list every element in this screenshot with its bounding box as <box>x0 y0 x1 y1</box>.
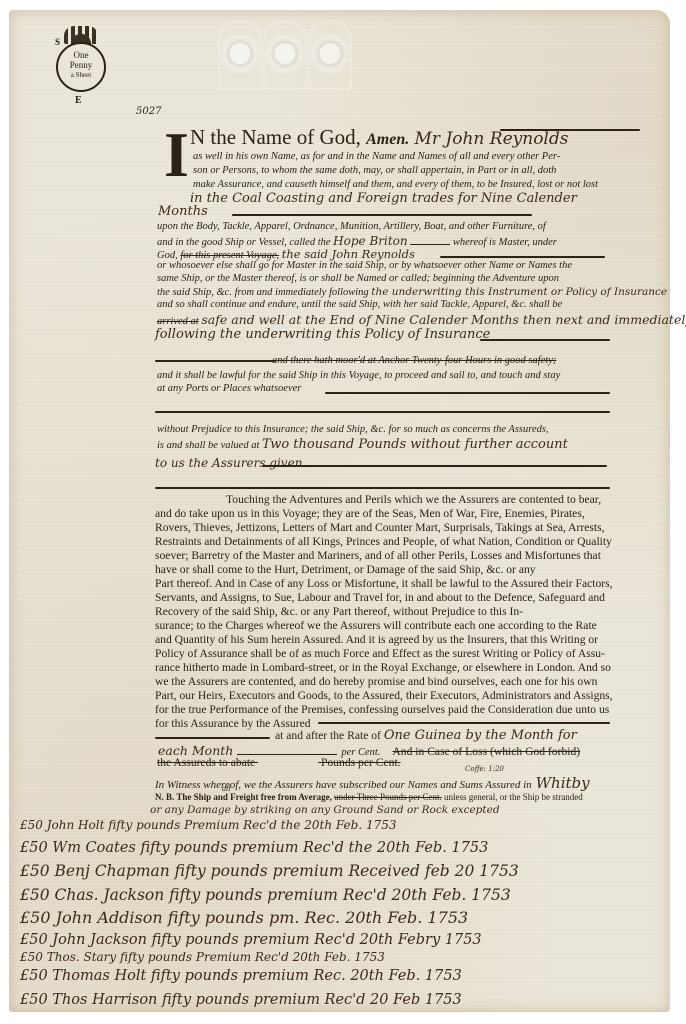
list-item: £50 Benj Chapman fifty pounds premium Re… <box>20 862 519 880</box>
embossed-duty-stamp <box>263 20 307 90</box>
struck-anchor-clause: and there hath moor'd at Anchor Twenty-f… <box>272 355 556 366</box>
ship-name: Hope Briton <box>333 234 407 248</box>
fill-line <box>318 722 610 724</box>
fill-line <box>500 129 640 131</box>
valuation-amount: Two thousand Pounds without further acco… <box>262 437 568 452</box>
list-item: £50 John Addison fifty pounds pm. Rec. 2… <box>20 908 468 927</box>
list-item: £50 Wm Coates fifty pounds premium Rec'd… <box>20 840 488 856</box>
fill-line <box>262 465 607 467</box>
list-item: £50 Thos Harrison fifty pounds premium R… <box>20 992 462 1008</box>
fill-line <box>232 214 532 216</box>
premium-rate: One Guinea by the Month for <box>384 728 577 743</box>
list-item: £50 John Holt fifty pounds Premium Rec'd… <box>20 818 397 832</box>
list-item: £50 John Jackson fifty pounds premium Re… <box>20 932 482 948</box>
master-name: the said John Reynolds <box>282 247 415 261</box>
fill-line <box>155 487 610 489</box>
stamp-mark: E <box>75 95 82 106</box>
trade-description: in the Coal Coasting and Foreign trades … <box>190 191 577 206</box>
place-signed: Whitby <box>536 774 590 792</box>
term-months: Months <box>158 204 208 219</box>
list-item: £50 Thos. Stary fifty pounds Premium Rec… <box>20 950 385 964</box>
embossed-duty-stamp <box>308 20 352 90</box>
reference-number: 5027 <box>136 106 161 117</box>
list-item: £50 Thomas Holt fifty pounds premium Rec… <box>20 968 462 984</box>
insured-name: Mr John Reynolds <box>415 129 569 149</box>
fill-line <box>440 256 605 258</box>
fill-line <box>155 737 270 739</box>
list-item: £50 Chas. Jackson fifty pounds premium R… <box>20 886 511 904</box>
embossed-duty-stamp <box>218 20 262 90</box>
fill-line <box>480 339 610 341</box>
fill-line <box>325 392 610 394</box>
drop-cap: I <box>164 123 189 187</box>
one-penny-stamp: One Penny a Sheet <box>56 42 106 92</box>
fill-line <box>155 411 610 413</box>
stamp-prefix: S <box>55 37 60 47</box>
fill-line <box>155 360 275 362</box>
